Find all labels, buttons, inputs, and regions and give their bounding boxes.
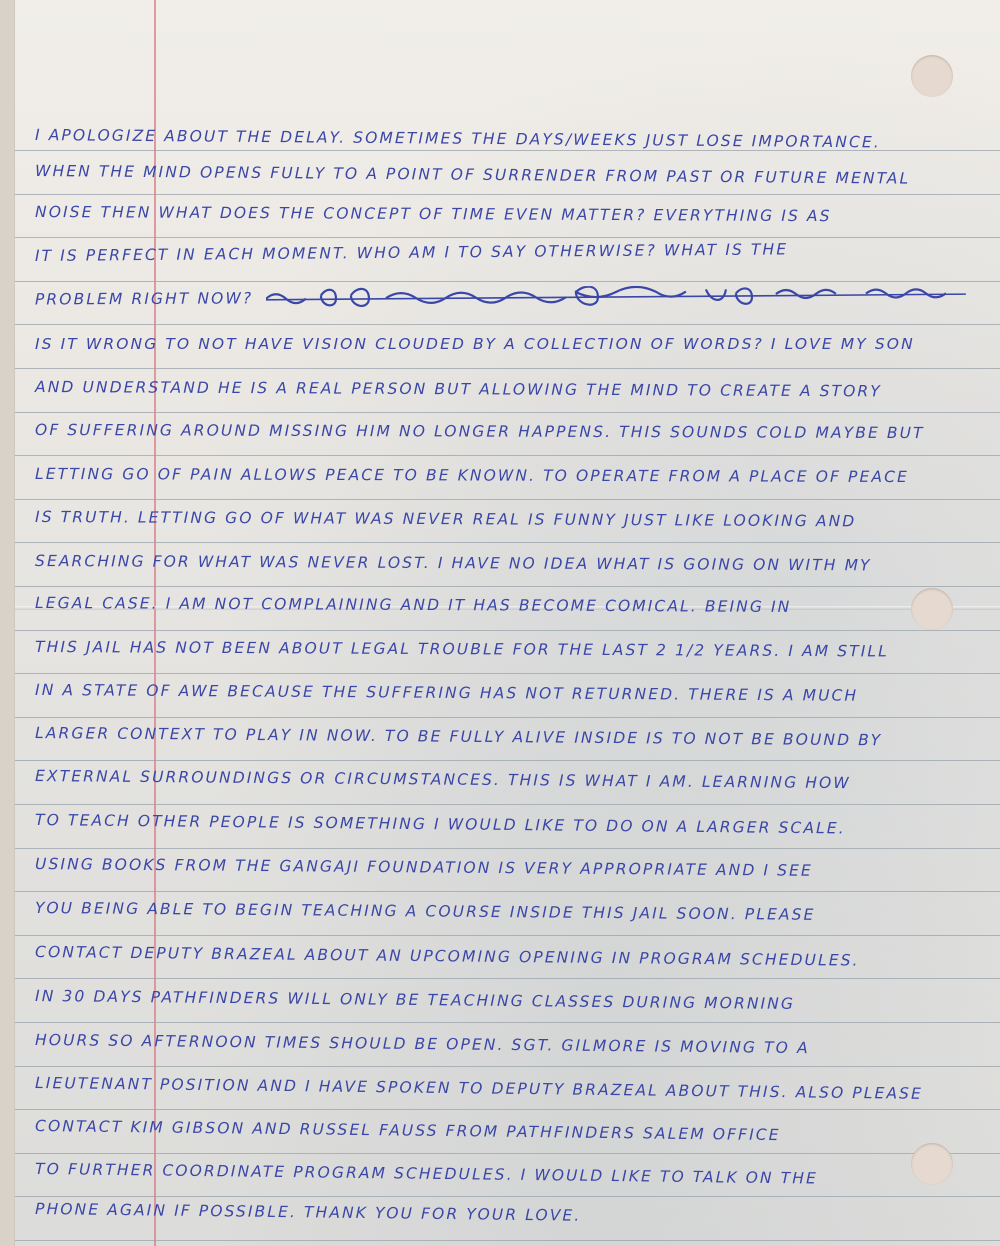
letter-line: lieutenant position and I have spoken to… <box>35 1074 923 1103</box>
ruled-line <box>15 891 1000 892</box>
letter-line: phone again if possible. Thank you for y… <box>35 1200 582 1225</box>
letter-line: I apologize about the delay. Sometimes t… <box>35 126 881 151</box>
ruled-line <box>15 630 1000 631</box>
punch-hole-bottom <box>911 1143 953 1185</box>
letter-line-text: problem right now? <box>35 289 253 308</box>
letter-line: external surroundings or circumstances. … <box>35 767 851 792</box>
ruled-line <box>15 499 1000 500</box>
letter-line: When the mind opens fully to a point of … <box>35 162 910 188</box>
punch-hole-middle <box>911 588 953 630</box>
letter-line: legal case. I am not complaining and it … <box>35 594 791 616</box>
punch-hole-top <box>911 55 953 97</box>
letter-line: Using books from the Gangaji Foundation … <box>35 855 813 880</box>
ruled-line <box>15 1196 1000 1197</box>
letter-line: hours so afternoon times should be open.… <box>35 1031 810 1057</box>
ruled-line <box>15 281 1000 282</box>
ruled-line <box>15 455 1000 456</box>
ruled-line <box>15 1153 1000 1154</box>
ruled-line <box>15 542 1000 543</box>
letter-line: searching for what was never lost. I hav… <box>35 552 872 574</box>
letter-line: In 30 days Pathfinders will only be teac… <box>35 987 795 1013</box>
letter-line: of suffering around missing him no longe… <box>35 421 925 442</box>
ruled-line <box>15 1066 1000 1067</box>
ruled-line <box>15 673 1000 674</box>
letter-line: contact Kim Gibson and Russel Fauss from… <box>35 1117 781 1144</box>
ruled-line <box>15 935 1000 936</box>
letter-line: you being able to begin teaching a cours… <box>35 899 816 924</box>
notebook-paper: I apologize about the delay. Sometimes t… <box>14 0 1000 1246</box>
crossed-out-scribble <box>266 284 966 310</box>
letter-line: and understand he is a real person but a… <box>35 378 882 400</box>
ruled-line <box>15 804 1000 805</box>
letter-line: letting go of pain allows peace to be kn… <box>35 465 909 486</box>
ruled-line <box>15 717 1000 718</box>
red-margin-line <box>154 0 156 1246</box>
letter-line: larger context to play in now. To be ful… <box>35 724 882 749</box>
ruled-line <box>15 237 1000 238</box>
letter-line: is truth. Letting go of what was never r… <box>35 508 856 530</box>
ruled-line <box>15 848 1000 849</box>
ruled-line <box>15 1109 1000 1110</box>
letter-line: it is perfect in each moment. Who am I t… <box>35 240 788 265</box>
ruled-line <box>15 194 1000 195</box>
ruled-line <box>15 760 1000 761</box>
ruled-line <box>15 324 1000 325</box>
letter-line: problem right now? <box>35 284 966 311</box>
ruled-line <box>15 1240 1000 1241</box>
ruled-line <box>15 412 1000 413</box>
ruled-line <box>15 586 1000 587</box>
letter-line: in a state of awe because the suffering … <box>35 681 858 705</box>
letter-line: to further coordinate program schedules.… <box>35 1160 818 1188</box>
ruled-line <box>15 1022 1000 1023</box>
letter-line: contact Deputy Brazeal about an upcoming… <box>35 943 860 970</box>
ruled-line <box>15 978 1000 979</box>
letter-line: this jail has not been about legal troub… <box>35 638 889 660</box>
letter-line: Is it wrong to not have vision clouded b… <box>35 335 915 353</box>
letter-line: to teach other people is something I wou… <box>35 811 846 837</box>
ruled-line <box>15 368 1000 369</box>
